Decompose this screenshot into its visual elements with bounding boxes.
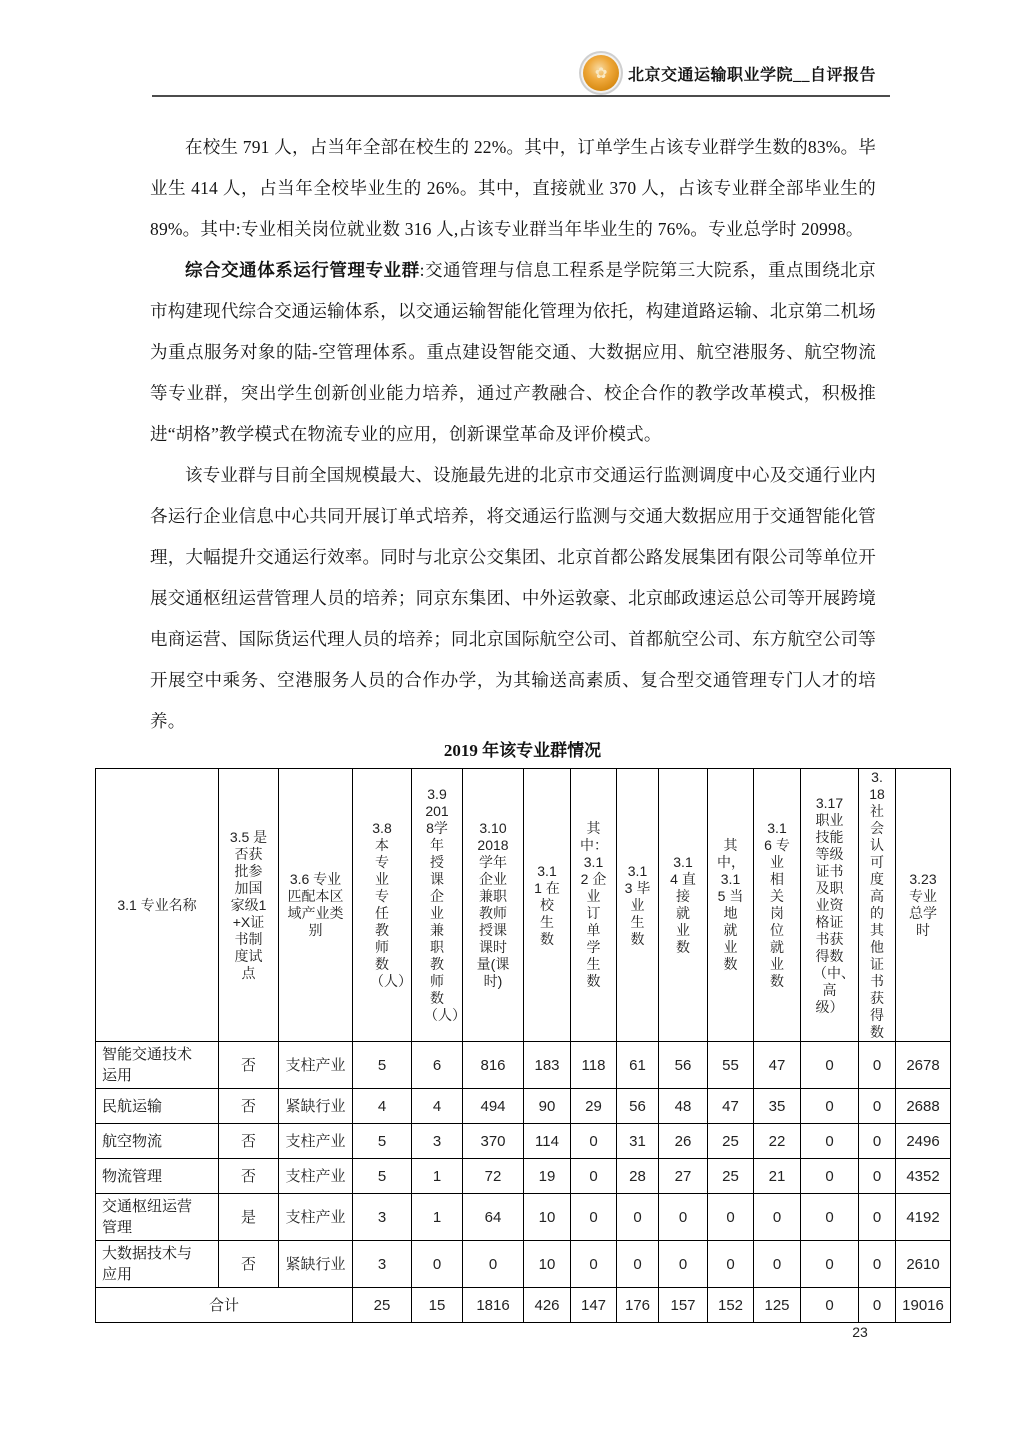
value-cell: 47	[754, 1042, 801, 1089]
value-cell: 0	[571, 1194, 617, 1241]
value-cell: 26	[659, 1124, 708, 1159]
document-body: 在校生 791 人，占当年全部在校生的 22%。其中，订单学生占该专业群学生数的…	[150, 127, 876, 742]
value-cell: 0	[617, 1241, 659, 1288]
value-cell: 72	[463, 1159, 524, 1194]
total-value-cell: 426	[524, 1288, 571, 1323]
value-cell: 0	[659, 1194, 708, 1241]
value-cell: 19	[524, 1159, 571, 1194]
total-value-cell: 1816	[463, 1288, 524, 1323]
specialty-group-table: 3.1 专业名称3.5 是否获批参加国家级1+X证书制度试点3.6 专业匹配本区…	[95, 768, 951, 1323]
column-header-4: 3.8 本专业专任教师数（人）	[353, 769, 412, 1042]
value-cell: 5	[353, 1159, 412, 1194]
value-cell: 183	[524, 1042, 571, 1089]
value-cell: 0	[859, 1241, 896, 1288]
value-cell: 否	[219, 1124, 279, 1159]
value-cell: 64	[463, 1194, 524, 1241]
value-cell: 0	[708, 1241, 754, 1288]
header-title: 北京交通运输职业学院__自评报告	[628, 62, 876, 85]
value-cell: 3	[353, 1241, 412, 1288]
specialty-name-cell: 物流管理	[96, 1159, 219, 1194]
paragraph-text: :交通管理与信息工程系是学院第三大院系，重点围绕北京市构建现代综合交通运输体系，…	[150, 260, 876, 444]
total-label-cell: 合计	[96, 1288, 353, 1323]
value-cell: 0	[801, 1089, 859, 1124]
value-cell: 816	[463, 1042, 524, 1089]
value-cell: 支柱产业	[279, 1159, 353, 1194]
total-value-cell: 0	[859, 1288, 896, 1323]
value-cell: 90	[524, 1089, 571, 1124]
total-value-cell: 152	[708, 1288, 754, 1323]
paragraph-enrollment-stats: 在校生 791 人，占当年全部在校生的 22%。其中，订单学生占该专业群学生数的…	[150, 127, 876, 250]
value-cell: 2496	[896, 1124, 951, 1159]
value-cell: 25	[708, 1124, 754, 1159]
value-cell: 55	[708, 1042, 754, 1089]
specialty-name-cell: 民航运输	[96, 1089, 219, 1124]
table-row: 物流管理否支柱产业517219028272521004352	[96, 1159, 951, 1194]
value-cell: 1	[412, 1159, 463, 1194]
value-cell: 0	[571, 1241, 617, 1288]
column-header-2: 3.5 是否获批参加国家级1+X证书制度试点	[219, 769, 279, 1042]
column-header-13: 3.17 职业技能等级证书及职业资格证书获得数（中、高级）	[801, 769, 859, 1042]
value-cell: 否	[219, 1159, 279, 1194]
value-cell: 支柱产业	[279, 1194, 353, 1241]
value-cell: 3	[412, 1124, 463, 1159]
table-row: 民航运输否紧缺行业44494902956484735002688	[96, 1089, 951, 1124]
value-cell: 61	[617, 1042, 659, 1089]
column-header-11: 其中，3.15 当地就业数	[708, 769, 754, 1042]
value-cell: 56	[659, 1042, 708, 1089]
paragraph-text: 该专业群与目前全国规模最大、设施最先进的北京市交通运行监测调度中心及交通行业内各…	[150, 465, 876, 731]
value-cell: 10	[524, 1194, 571, 1241]
value-cell: 4	[353, 1089, 412, 1124]
value-cell: 48	[659, 1089, 708, 1124]
column-header-3: 3.6 专业匹配本区域产业类别	[279, 769, 353, 1042]
value-cell: 114	[524, 1124, 571, 1159]
value-cell: 紧缺行业	[279, 1089, 353, 1124]
column-header-9: 3.13 毕业生数	[617, 769, 659, 1042]
paragraph-specialty-group-intro: 综合交通体系运行管理专业群:交通管理与信息工程系是学院第三大院系，重点围绕北京市…	[150, 250, 876, 455]
college-emblem-icon: ✿	[583, 55, 619, 91]
value-cell: 0	[412, 1241, 463, 1288]
emblem-flower-icon: ✿	[595, 66, 608, 81]
value-cell: 0	[708, 1194, 754, 1241]
total-value-cell: 176	[617, 1288, 659, 1323]
column-header-6: 3.10 2018学年企业兼职教师授课课时量(课时)	[463, 769, 524, 1042]
value-cell: 否	[219, 1042, 279, 1089]
value-cell: 22	[754, 1124, 801, 1159]
value-cell: 4192	[896, 1194, 951, 1241]
column-header-1: 3.1 专业名称	[96, 769, 219, 1042]
value-cell: 6	[412, 1042, 463, 1089]
value-cell: 494	[463, 1089, 524, 1124]
value-cell: 0	[571, 1159, 617, 1194]
value-cell: 118	[571, 1042, 617, 1089]
specialty-name-cell: 航空物流	[96, 1124, 219, 1159]
value-cell: 27	[659, 1159, 708, 1194]
value-cell: 0	[859, 1194, 896, 1241]
table-row: 智能交通技术运用否支柱产业5681618311861565547002678	[96, 1042, 951, 1089]
total-value-cell: 157	[659, 1288, 708, 1323]
specialty-name-cell: 大数据技术与应用	[96, 1241, 219, 1288]
page-number: 23	[840, 1324, 880, 1340]
table-row: 大数据技术与应用否紧缺行业3001000000002610	[96, 1241, 951, 1288]
column-header-12: 3.16 专业相关岗位就业数	[754, 769, 801, 1042]
total-value-cell: 0	[801, 1288, 859, 1323]
column-header-14: 3.18 社会认可度高的其他证书获得数	[859, 769, 896, 1042]
value-cell: 0	[754, 1241, 801, 1288]
value-cell: 紧缺行业	[279, 1241, 353, 1288]
value-cell: 10	[524, 1241, 571, 1288]
column-header-10: 3.14 直接就业数	[659, 769, 708, 1042]
column-header-15: 3.23 专业总学时	[896, 769, 951, 1042]
table-header-row: 3.1 专业名称3.5 是否获批参加国家级1+X证书制度试点3.6 专业匹配本区…	[96, 769, 951, 1042]
table-title: 2019 年该专业群情况	[95, 736, 950, 761]
table-row: 航空物流否支柱产业53370114031262522002496	[96, 1124, 951, 1159]
value-cell: 是	[219, 1194, 279, 1241]
column-header-8: 其中：3.12 企业订单学生数	[571, 769, 617, 1042]
value-cell: 28	[617, 1159, 659, 1194]
value-cell: 3	[353, 1194, 412, 1241]
header-divider	[152, 95, 890, 97]
value-cell: 支柱产业	[279, 1124, 353, 1159]
value-cell: 2688	[896, 1089, 951, 1124]
value-cell: 2678	[896, 1042, 951, 1089]
page-header: ✿ 北京交通运输职业学院__自评报告	[150, 52, 876, 94]
value-cell: 5	[353, 1042, 412, 1089]
specialty-name-cell: 交通枢纽运营管理	[96, 1194, 219, 1241]
value-cell: 47	[708, 1089, 754, 1124]
total-value-cell: 147	[571, 1288, 617, 1323]
total-value-cell: 25	[353, 1288, 412, 1323]
value-cell: 35	[754, 1089, 801, 1124]
value-cell: 0	[859, 1124, 896, 1159]
total-value-cell: 125	[754, 1288, 801, 1323]
column-header-7: 3.11 在校生数	[524, 769, 571, 1042]
specialty-name-cell: 智能交通技术运用	[96, 1042, 219, 1089]
value-cell: 0	[754, 1194, 801, 1241]
value-cell: 1	[412, 1194, 463, 1241]
value-cell: 4	[412, 1089, 463, 1124]
table-row: 交通枢纽运营管理是支柱产业31641000000004192	[96, 1194, 951, 1241]
value-cell: 0	[801, 1124, 859, 1159]
value-cell: 25	[708, 1159, 754, 1194]
value-cell: 0	[463, 1241, 524, 1288]
value-cell: 否	[219, 1241, 279, 1288]
value-cell: 0	[859, 1159, 896, 1194]
table-total-row: 合计251518164261471761571521250019016	[96, 1288, 951, 1323]
value-cell: 0	[571, 1124, 617, 1159]
value-cell: 0	[859, 1089, 896, 1124]
paragraph-lead: 综合交通体系运行管理专业群	[185, 260, 420, 280]
value-cell: 21	[754, 1159, 801, 1194]
paragraph-text: 在校生 791 人，占当年全部在校生的 22%。其中，订单学生占该专业群学生数的…	[150, 137, 876, 239]
report-page: ✿ 北京交通运输职业学院__自评报告 在校生 791 人，占当年全部在校生的 2…	[0, 0, 1024, 1448]
value-cell: 4352	[896, 1159, 951, 1194]
value-cell: 支柱产业	[279, 1042, 353, 1089]
value-cell: 31	[617, 1124, 659, 1159]
value-cell: 否	[219, 1089, 279, 1124]
value-cell: 2610	[896, 1241, 951, 1288]
column-header-5: 3.9 2018学年授课企业兼职教师数（人）	[412, 769, 463, 1042]
total-value-cell: 15	[412, 1288, 463, 1323]
value-cell: 0	[859, 1042, 896, 1089]
value-cell: 0	[801, 1042, 859, 1089]
value-cell: 0	[617, 1194, 659, 1241]
value-cell: 0	[801, 1159, 859, 1194]
paragraph-cooperation: 该专业群与目前全国规模最大、设施最先进的北京市交通运行监测调度中心及交通行业内各…	[150, 455, 876, 742]
total-value-cell: 19016	[896, 1288, 951, 1323]
value-cell: 0	[801, 1241, 859, 1288]
value-cell: 0	[659, 1241, 708, 1288]
value-cell: 5	[353, 1124, 412, 1159]
value-cell: 56	[617, 1089, 659, 1124]
value-cell: 29	[571, 1089, 617, 1124]
value-cell: 370	[463, 1124, 524, 1159]
value-cell: 0	[801, 1194, 859, 1241]
